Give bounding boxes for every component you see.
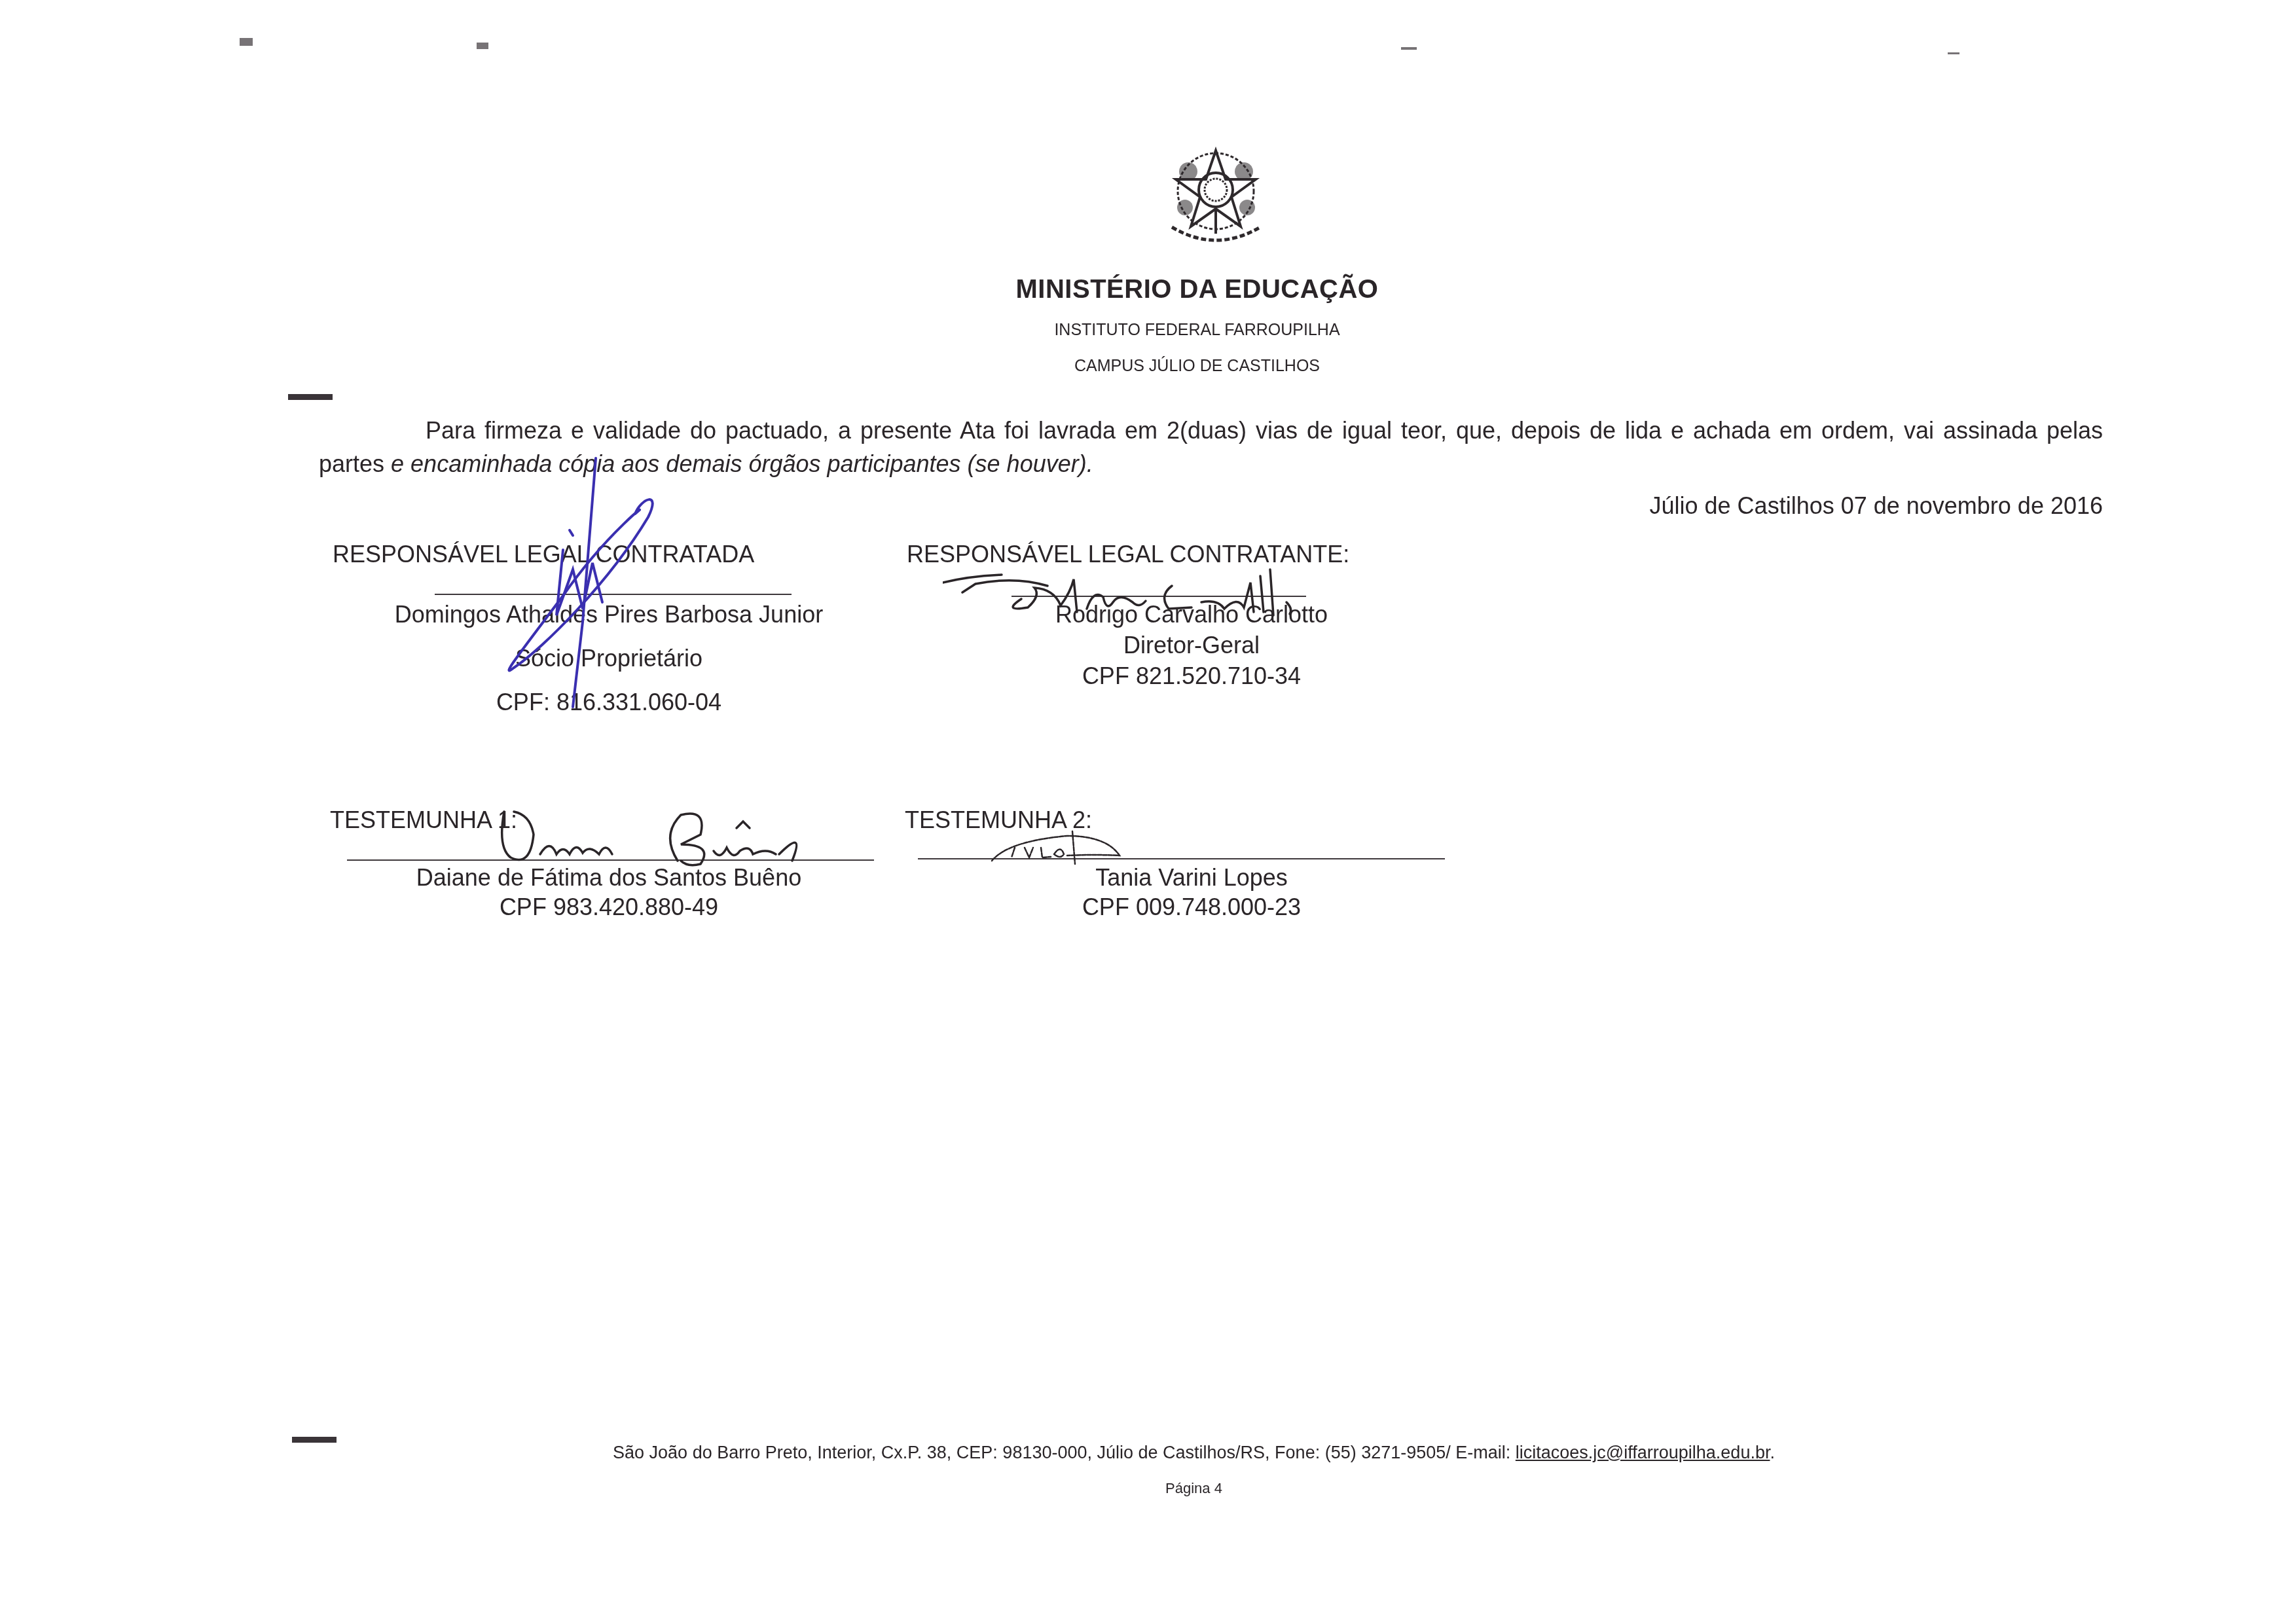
scan-artifact (1401, 47, 1417, 50)
witness1-title: TESTEMUNHA 1: (330, 806, 517, 834)
scan-artifact (1948, 52, 1959, 54)
address-text: São João do Barro Preto, Interior, Cx.P.… (613, 1443, 1516, 1462)
email-link[interactable]: licitacoes.jc@iffarroupilha.edu.br (1516, 1443, 1770, 1462)
contratante-handwritten-signature (943, 550, 1434, 622)
contratante-role: Diretor-Geral (962, 632, 1421, 659)
footer-address: São João do Barro Preto, Interior, Cx.P.… (0, 1443, 2296, 1463)
institute-name: INSTITUTO FEDERAL FARROUPILHA (0, 321, 2296, 340)
email-suffix: . (1770, 1443, 1775, 1462)
contratante-cpf: CPF 821.520.710-34 (962, 662, 1421, 690)
witness1-cpf: CPF 983.420.880-49 (314, 893, 903, 921)
witness2-handwritten-signature (989, 828, 1133, 867)
scan-artifact (477, 43, 488, 49)
campus-name: CAMPUS JÚLIO DE CASTILHOS (0, 357, 2296, 376)
ministry-heading: MINISTÉRIO DA EDUCAÇÃO (0, 275, 2296, 304)
margin-mark (288, 394, 333, 400)
dateline: Júlio de Castilhos 07 de novembro de 201… (1650, 492, 2103, 520)
scan-artifact (240, 38, 253, 46)
witness2-name: Tania Varini Lopes (962, 864, 1421, 892)
contratada-handwritten-signature (484, 452, 668, 713)
page-number: Página 4 (0, 1480, 2296, 1497)
witness2-cpf: CPF 009.748.000-23 (962, 893, 1421, 921)
witness1-handwritten-signature (491, 808, 858, 874)
coat-of-arms-icon (1159, 145, 1273, 253)
margin-mark (292, 1437, 337, 1443)
